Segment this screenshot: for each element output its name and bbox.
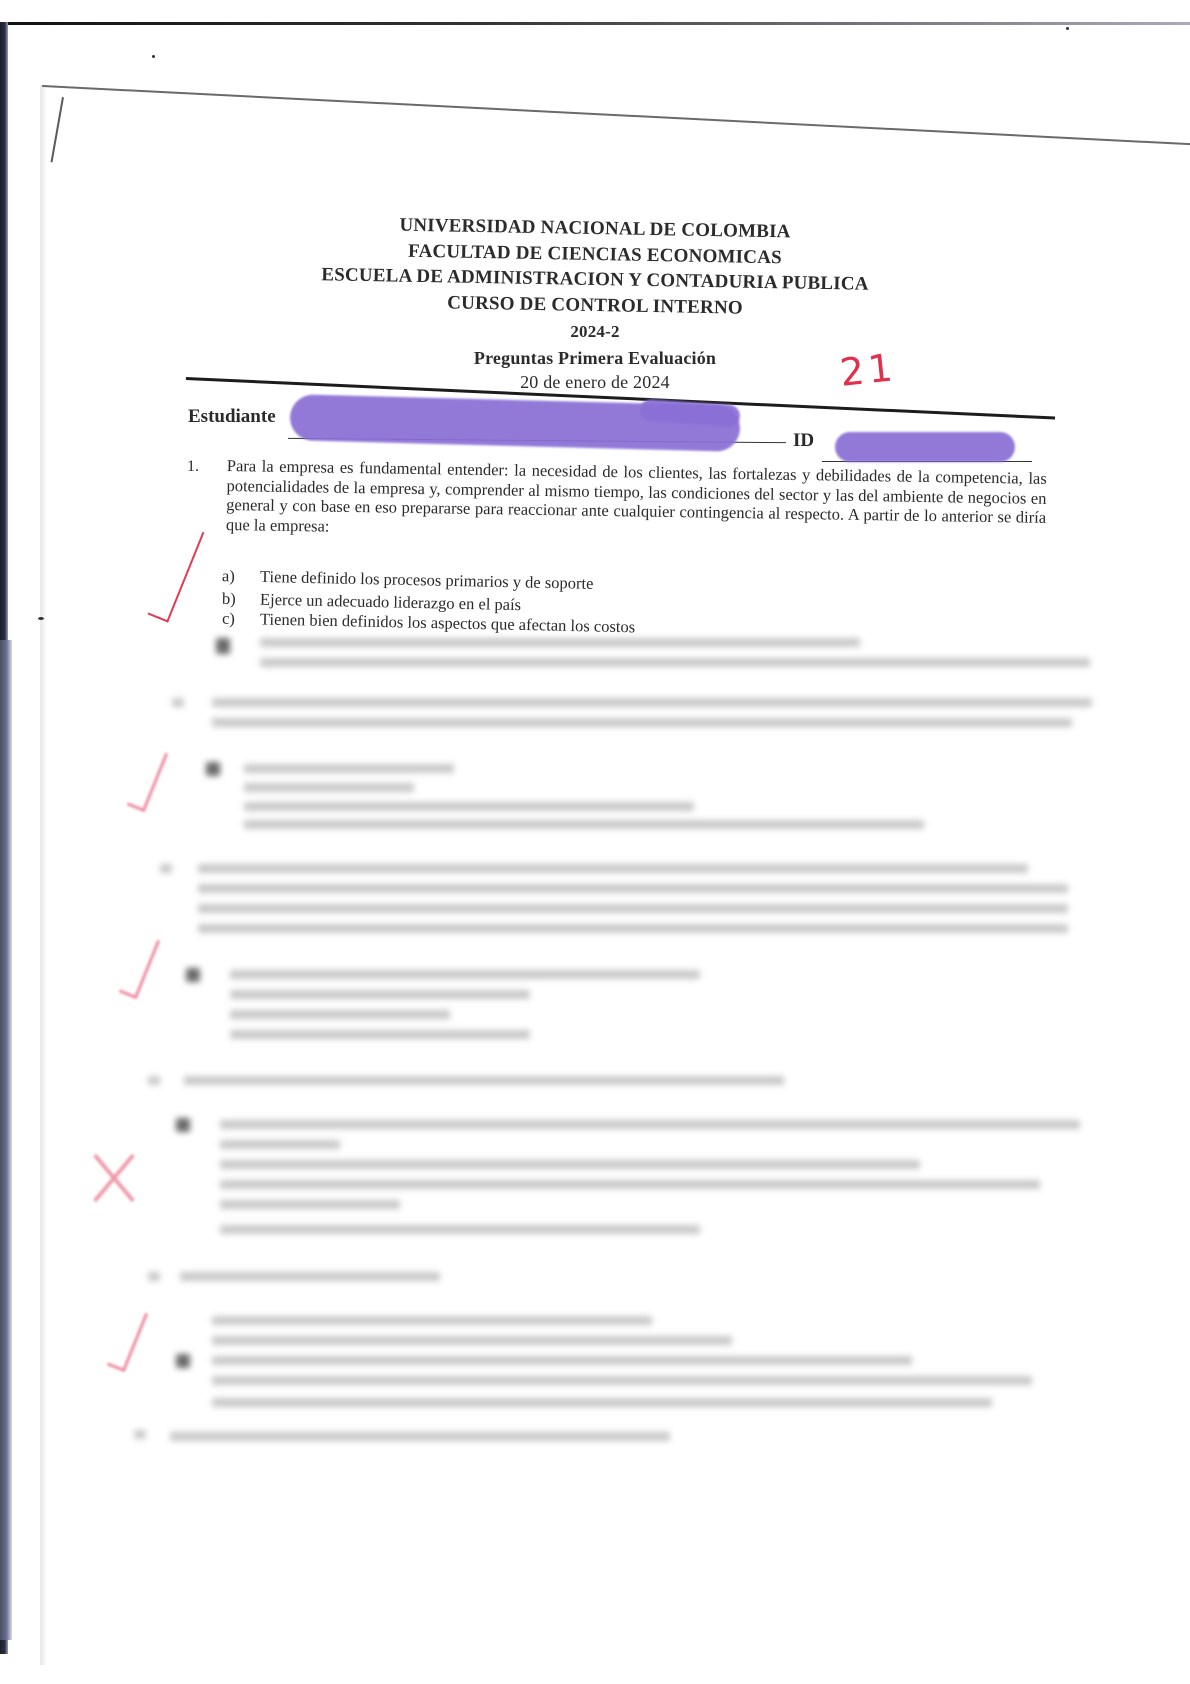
option-letter: a): [222, 566, 260, 587]
option-c: c)Tienen bien definidos los aspectos que…: [222, 609, 635, 638]
grader-x-icon: [88, 1148, 142, 1202]
pen-stroke: [51, 97, 64, 162]
blurred-questions-region: [120, 640, 1080, 1530]
option-letter: b): [222, 589, 260, 610]
question-text: Para la empresa es fundamental entender:…: [226, 456, 1047, 547]
dust-speck: [1066, 27, 1069, 30]
dust-speck: [38, 617, 44, 620]
exam-title: Preguntas Primera Evaluación: [0, 348, 1190, 369]
handwritten-grade: 21: [838, 345, 899, 395]
scan-border-top: [0, 22, 1190, 25]
question-number: 1.: [187, 458, 199, 476]
page-top-edge: [42, 85, 1190, 146]
option-letter: c): [222, 609, 260, 630]
id-label: ID: [793, 430, 814, 452]
option-text: Tiene definido los procesos primarios y …: [260, 567, 594, 593]
term: 2024-2: [0, 322, 1190, 342]
student-id-redaction: [835, 432, 1015, 462]
student-label: Estudiante: [188, 406, 276, 428]
selected-answer-mark: [216, 638, 230, 654]
scan-border-left-lower: [0, 640, 12, 1640]
exam-date: 20 de enero de 2024: [0, 372, 1190, 393]
dust-speck: [152, 55, 155, 58]
grader-check-icon: [148, 524, 205, 622]
option-text: Tienen bien definidos los aspectos que a…: [260, 609, 635, 636]
